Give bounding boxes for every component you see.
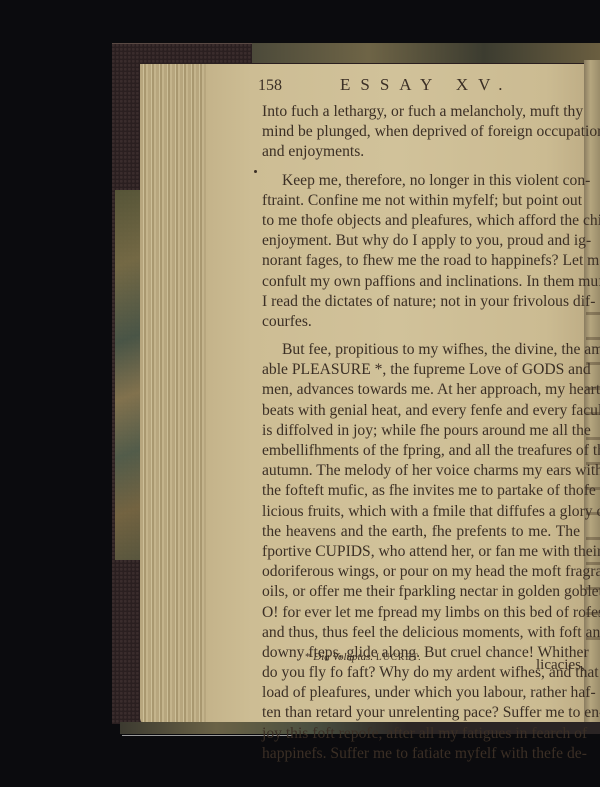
footnote-quote: Dia Voluptas.	[313, 651, 373, 663]
text-line: courfes.	[262, 312, 580, 332]
text-line: oils, or offer me their fparkling nectar…	[262, 582, 580, 602]
marbled-edge-top	[252, 43, 600, 63]
paragraph: Keep me, therefore, no longer in this vi…	[262, 171, 580, 333]
text-line: and thus, thus feel the delicious moment…	[262, 623, 580, 643]
text-line: the fofteft mufic, as fhe invites me to …	[262, 481, 580, 501]
text-line: and enjoyments.	[262, 142, 580, 162]
text-line: Keep me, therefore, no longer in this vi…	[262, 171, 580, 191]
footnote-marker: *	[305, 651, 311, 663]
text-line: the heavens and the earth, fhe prefents …	[262, 522, 580, 542]
paragraph: But fee, propitious to my wifhes, the di…	[262, 340, 580, 764]
text-line: confult my own paffions and inclinations…	[262, 272, 580, 292]
text-line: ten than retard your unrelenting pace? S…	[262, 703, 580, 723]
running-head: 158 ESSAY XV.	[262, 72, 580, 102]
text-line: odoriferous wings, or pour on my head th…	[262, 562, 580, 582]
text-line: men, advances towards me. At her approac…	[262, 380, 580, 400]
text-line: beats with genial heat, and every fenfe …	[262, 401, 580, 421]
paragraph-gap	[262, 332, 580, 340]
text-line: licious fruits, which with a fmile that …	[262, 502, 580, 522]
footnote: * Dia Voluptas. LUCRET.	[305, 651, 422, 663]
paragraph-gap	[262, 163, 580, 171]
text-line: load of pleafures, under which you labou…	[262, 683, 580, 703]
text-line: able PLEASURE *, the fupreme Love of GOD…	[262, 360, 580, 380]
text-line: But fee, propitious to my wifhes, the di…	[262, 340, 580, 360]
text-line: do you fly fo faft? Why do my ardent wif…	[262, 663, 580, 683]
text-line: enjoyment. But why do I apply to you, pr…	[262, 231, 580, 251]
text-line: mind be plunged, when deprived of foreig…	[262, 122, 580, 142]
page-number: 158	[258, 76, 282, 96]
text-line: is diffolved in joy; while fhe pours aro…	[262, 421, 580, 441]
text-line: ftraint. Confine me not within myfelf; b…	[262, 191, 580, 211]
essay-title: ESSAY XV.	[340, 75, 513, 95]
text-line: to me thofe objects and pleafures, which…	[262, 211, 580, 231]
text-line: norant fages, to fhew me the road to hap…	[262, 251, 580, 271]
catchword: licacies,	[536, 657, 585, 674]
text-line: fportive CUPIDS, who attend her, or fan …	[262, 542, 580, 562]
text-line: joy this foft repofe, after all my fatig…	[262, 724, 580, 744]
footnote-source: LUCRET.	[376, 653, 422, 663]
page-edges	[140, 64, 208, 724]
ink-speck	[254, 170, 257, 173]
text-line: autumn. The melody of her voice charms m…	[262, 461, 580, 481]
text-line: happinefs. Suffer me to fatiate myfelf w…	[262, 744, 580, 764]
text-line: embellifhments of the fpring, and all th…	[262, 441, 580, 461]
text-line: Into fuch a lethargy, or fuch a melancho…	[262, 102, 580, 122]
paragraph: Into fuch a lethargy, or fuch a melancho…	[262, 102, 580, 163]
body-text: Into fuch a lethargy, or fuch a melancho…	[262, 102, 580, 764]
text-line: O! for ever let me fpread my limbs on th…	[262, 603, 580, 623]
text-line: I read the dictates of nature; not in yo…	[262, 292, 580, 312]
